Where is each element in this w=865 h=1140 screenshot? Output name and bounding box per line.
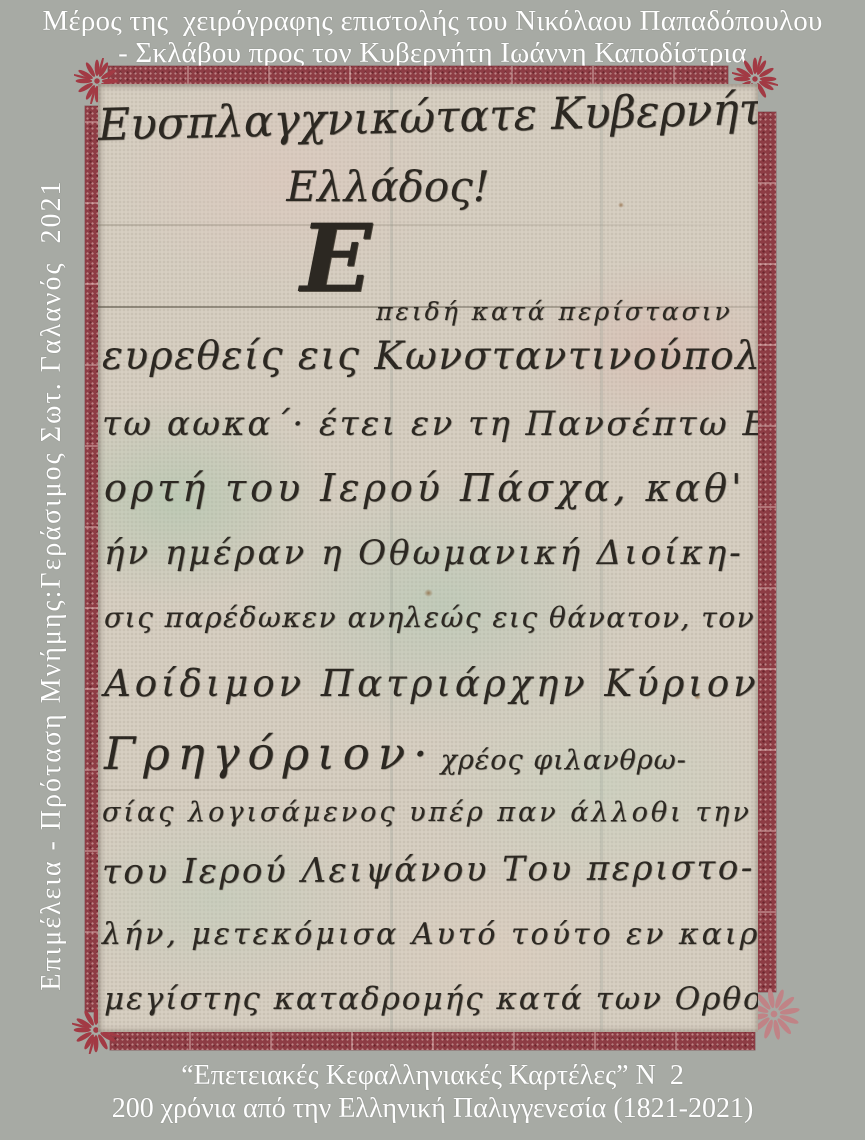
frame-border-right — [758, 112, 776, 992]
memorial-card-page: Μέρος της χειρόγραφης επιστολής του Νικό… — [0, 0, 865, 1140]
manuscript-line: λήν, μετεκόμισα Αυτό τούτο εν καιρώ — [102, 918, 758, 951]
manuscript-line: μεγίστης καταδρομής κατά των Ορθο- — [104, 982, 758, 1016]
manuscript-drop-cap: Ε — [300, 212, 372, 306]
paper-crease-line — [98, 789, 758, 791]
left-vertical-caption: Επιμέλεια - Πρόταση Μνήμης:Γεράσιμος Σωτ… — [36, 179, 68, 990]
paper-crease-line — [98, 224, 758, 226]
page-title-line-1: Μέρος της χειρόγραφης επιστολής του Νικό… — [0, 5, 865, 38]
foxing-spot — [424, 589, 433, 597]
footer-caption-line-2: 200 χρόνια από την Ελληνική Παλιγγενεσία… — [0, 1093, 865, 1125]
frame-border-left — [85, 106, 98, 1012]
manuscript-line: ήν ημέραν η Οθωμανική Διοίκη- — [104, 535, 744, 572]
manuscript-line: ευρεθείς εις Κωνσταντινούπολιν — [102, 336, 758, 379]
manuscript-line: Γρηγόριον· χρέος φιλανθρω- — [104, 729, 687, 779]
manuscript-heading-line-1: Ευσπλαγχνικώτατε Κυβερνήτα — [98, 86, 758, 151]
manuscript-line: πειδή κατά περίστασιν — [376, 298, 733, 326]
manuscript-line: Αοίδιμον Πατριάρχην Κύριον — [104, 664, 758, 705]
manuscript-line: ορτή του Ιερού Πάσχα, καθ' — [104, 468, 745, 510]
frame-border-top — [108, 66, 728, 84]
manuscript-photo: Ευσπλαγχνικώτατε Κυβερνήτα Ελλάδος! Ε πε… — [98, 84, 758, 1032]
manuscript-line: σίας λογισάμενος υπέρ παν άλλοθι την — [102, 798, 752, 828]
footer-caption-line-1: “Επετειακές Κεφαλληνιακές Καρτέλες” Ν 2 — [0, 1060, 865, 1092]
frame-border-bottom — [110, 1032, 755, 1050]
manuscript-line: τω αωκα΄· έτει εν τη Πανσέπτω Ε — [102, 406, 758, 443]
manuscript-heading-line-2: Ελλάδος! — [98, 164, 678, 210]
manuscript-word-gregorios: Γρηγόριον· — [104, 727, 435, 780]
manuscript-line-continuation: χρέος φιλανθρω- — [441, 745, 687, 776]
manuscript-line: σις παρέδωκεν ανηλεώς εις θάνατον, τον — [104, 603, 755, 634]
manuscript-line: του Ιερού Λειψάνου Του περιστο- — [102, 850, 755, 892]
